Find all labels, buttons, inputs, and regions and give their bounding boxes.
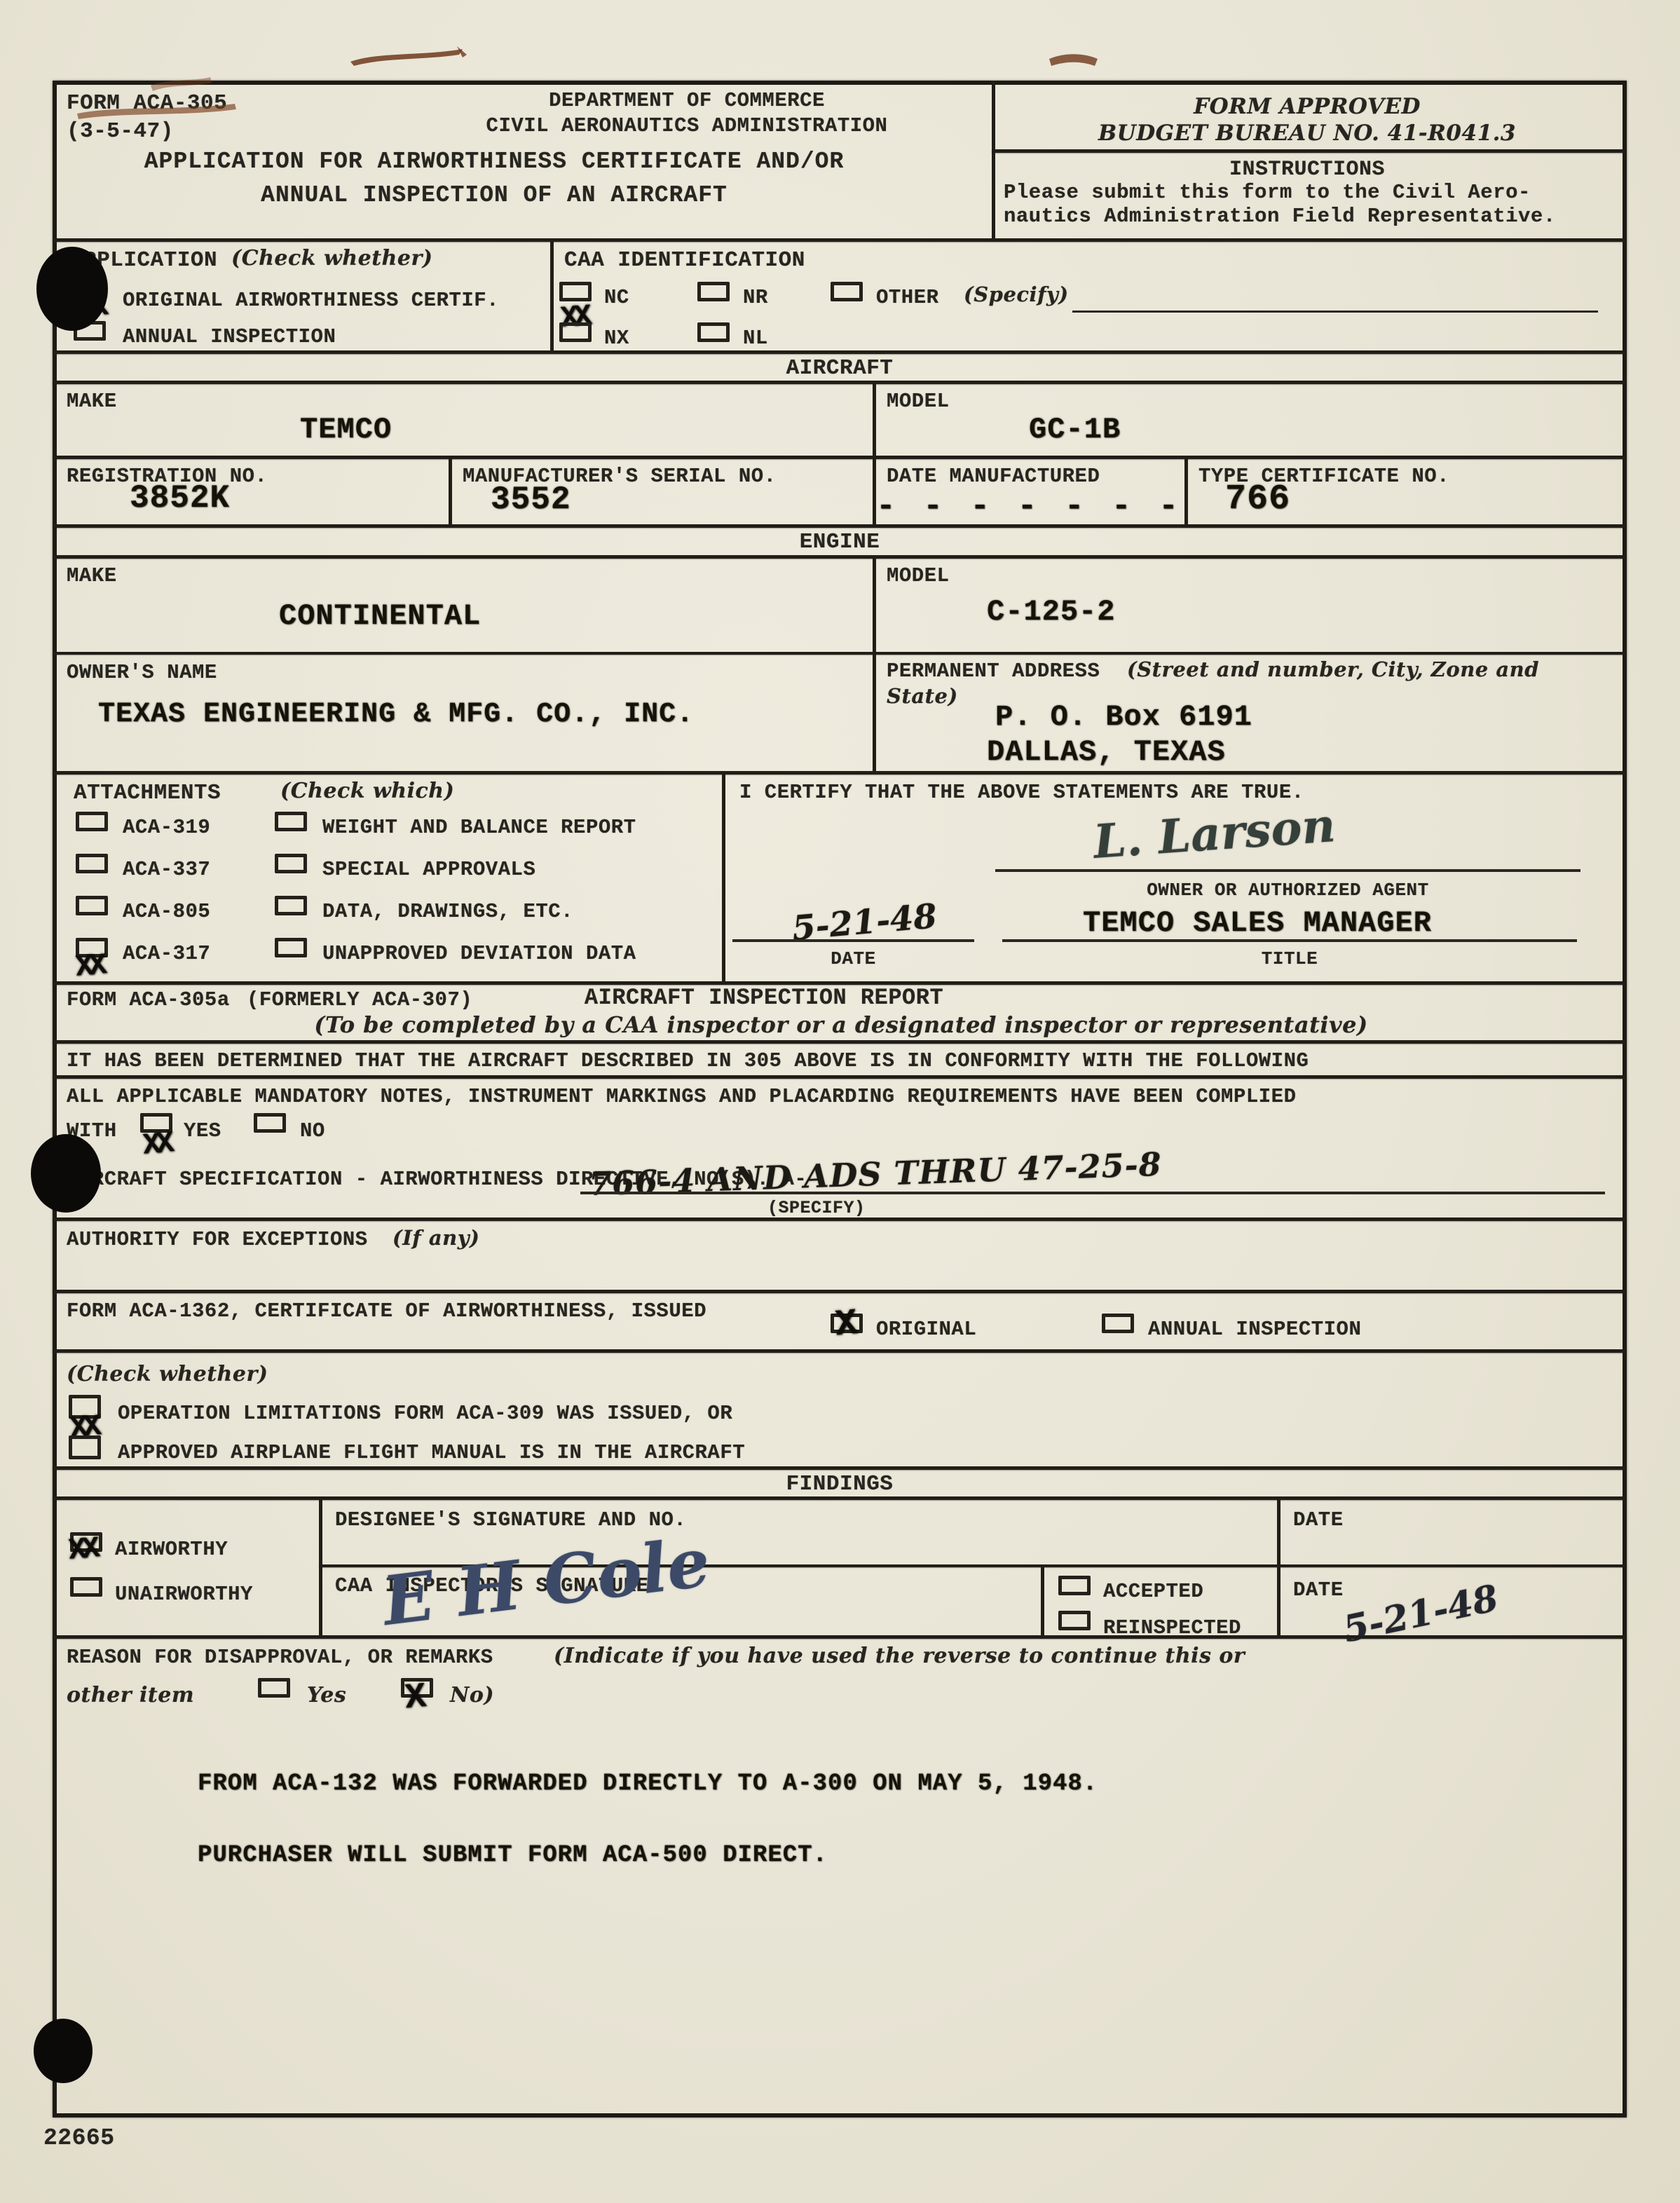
agency-line2: CIVIL AERONAUTICS ADMINISTRATION [421, 114, 953, 137]
divider [53, 555, 1627, 559]
form-approved-line2: BUDGET BUREAU NO. 41-R041.3 [995, 121, 1619, 146]
certify-date-label: DATE [732, 949, 974, 970]
issued-annual-label: ANNUAL INSPECTION [1148, 1318, 1361, 1341]
disapproval-label: REASON FOR DISAPPROVAL, OR REMARKS [67, 1646, 493, 1669]
aca-319-label: ACA-319 [123, 816, 210, 839]
specify-hint: (SPECIFY) [767, 1199, 866, 1219]
owner-name-label: OWNER'S NAME [67, 661, 217, 684]
authority-exceptions-label: AUTHORITY FOR EXCEPTIONS [67, 1228, 368, 1251]
checkbox-nc[interactable] [559, 282, 592, 301]
punch-hole-bottom [34, 2019, 93, 2083]
checkmark-issued-original: X [834, 1306, 859, 1344]
weight-balance-label: WEIGHT AND BALANCE REPORT [322, 816, 636, 839]
check-whether-hint: (Check whether) [67, 1363, 268, 1387]
inspection-form-number: FORM ACA-305a [67, 988, 230, 1011]
punch-hole-middle [31, 1134, 101, 1213]
footer-serial-number: 22665 [43, 2125, 115, 2152]
unairworthy-label: UNAIRWORTHY [115, 1583, 253, 1606]
checkbox-nr[interactable] [697, 282, 730, 301]
checkbox-nx[interactable] [559, 322, 592, 342]
checkmark-complied-yes: XX [142, 1128, 171, 1160]
certify-title-value: TEMCO SALES MANAGER [1083, 908, 1432, 938]
findings-section-title: FINDINGS [53, 1472, 1627, 1497]
instructions-line2: nautics Administration Field Representat… [1004, 205, 1556, 228]
operation-limitations-label: OPERATION LIMITATIONS FORM ACA-309 WAS I… [118, 1402, 732, 1425]
divider [53, 1635, 1627, 1639]
checkmark-reverse-no: X [404, 1680, 428, 1717]
checkbox-complied-no[interactable] [254, 1113, 286, 1133]
agency-line1: DEPARTMENT OF COMMERCE [421, 89, 953, 112]
permanent-address-hint-line2: State) [887, 685, 958, 708]
aircraft-model-label: MODEL [887, 390, 950, 413]
divider [449, 456, 452, 524]
unapproved-deviation-label: UNAPPROVED DEVIATION DATA [322, 942, 636, 965]
checkbox-nl[interactable] [697, 322, 730, 342]
inspection-subtitle: (To be completed by a CAA inspector or a… [203, 1012, 1479, 1038]
permanent-address-hint-line1: (Street and number, City, Zone and [1127, 658, 1539, 681]
checkbox-data-drawings[interactable] [275, 896, 307, 915]
special-approvals-label: SPECIAL APPROVALS [322, 858, 535, 881]
attachments-hint: (Check which) [280, 779, 454, 804]
divider [53, 1218, 1627, 1221]
date-manufactured-label: DATE MANUFACTURED [887, 465, 1100, 488]
divider [53, 381, 1627, 384]
certify-title-label: TITLE [1002, 949, 1577, 970]
remarks-line2: PURCHASER WILL SUBMIT FORM ACA-500 DIREC… [198, 1843, 828, 1867]
reverse-yes-label: Yes [307, 1684, 346, 1708]
instructions-title: INSTRUCTIONS [995, 158, 1619, 182]
address-value-line1: P. O. Box 6191 [995, 702, 1252, 732]
registration-value: 3852K [130, 482, 230, 514]
inspection-title: AIRCRAFT INSPECTION REPORT [519, 985, 1009, 1011]
checkmark-aca-317: XX [74, 950, 104, 982]
divider [53, 1349, 1627, 1353]
type-certificate-value: 766 [1225, 482, 1290, 517]
aircraft-make-value: TEMCO [300, 415, 392, 444]
caa-identification-label: CAA IDENTIFICATION [564, 248, 805, 273]
checkbox-flight-manual[interactable] [69, 1435, 101, 1459]
date-line [732, 939, 974, 942]
inspection-formerly: (FORMERLY ACA-307) [247, 988, 472, 1011]
complied-yes-label: YES [184, 1119, 221, 1143]
issued-original-label: ORIGINAL [876, 1318, 976, 1341]
scanned-form-page: FORM ACA-305 (3-5-47) DEPARTMENT OF COMM… [0, 0, 1680, 2203]
attachments-label: ATTACHMENTS [74, 781, 221, 806]
other-specify-line [1072, 311, 1598, 313]
divider [53, 652, 1627, 655]
instructions-line1: Please submit this form to the Civil Aer… [1004, 181, 1531, 204]
owner-name-value: TEXAS ENGINEERING & MFG. CO., INC. [98, 701, 694, 729]
title-line [1002, 939, 1577, 942]
divider [873, 555, 876, 771]
data-drawings-label: DATA, DRAWINGS, ETC. [322, 900, 573, 923]
annual-inspection-label: ANNUAL INSPECTION [123, 325, 336, 348]
checkbox-issued-annual[interactable] [1102, 1314, 1134, 1333]
spec-fill-line [580, 1192, 1605, 1194]
remarks-line1: FROM ACA-132 WAS FORWARDED DIRECTLY TO A… [198, 1772, 1098, 1796]
signature-line [995, 869, 1580, 872]
nc-label: NC [604, 286, 629, 309]
divider [53, 1496, 1627, 1500]
checkbox-weight-balance[interactable] [275, 812, 307, 831]
checkmark-airworthy: XX [67, 1534, 97, 1565]
divider [1041, 1564, 1044, 1635]
nr-label: NR [743, 286, 768, 309]
aca-1362-label: FORM ACA-1362, CERTIFICATE OF AIRWORTHIN… [67, 1300, 706, 1323]
form-number: FORM ACA-305 [67, 91, 227, 116]
aca-337-label: ACA-337 [123, 858, 210, 881]
other-hint: (Specify) [964, 283, 1069, 306]
determined-statement: IT HAS BEEN DETERMINED THAT THE AIRCRAFT… [67, 1049, 1309, 1072]
date-manufactured-value: - - - - - - - [876, 491, 1182, 523]
divider [550, 238, 554, 350]
engine-model-label: MODEL [887, 564, 950, 587]
divider [53, 350, 1627, 354]
aca-317-label: ACA-317 [123, 942, 210, 965]
mandatory-line1: ALL APPLICABLE MANDATORY NOTES, INSTRUME… [67, 1085, 1296, 1108]
engine-model-value: C-125-2 [987, 597, 1115, 627]
other-label: OTHER [876, 286, 939, 309]
disapproval-hint-line1: (Indicate if you have used the reverse t… [554, 1644, 1245, 1669]
flight-manual-label: APPROVED AIRPLANE FLIGHT MANUAL IS IN TH… [118, 1441, 745, 1464]
airworthy-label: AIRWORTHY [115, 1538, 228, 1561]
engine-make-label: MAKE [67, 564, 117, 587]
checkbox-accepted[interactable] [1058, 1576, 1091, 1595]
nl-label: NL [743, 327, 768, 350]
checkbox-reverse-yes[interactable] [258, 1678, 290, 1698]
reverse-no-label: No) [450, 1684, 494, 1708]
checkbox-aca-337[interactable] [76, 854, 108, 873]
divider [722, 771, 725, 981]
divider [1184, 456, 1188, 524]
form-title-line2: ANNUAL INSPECTION OF AN AIRCRAFT [105, 182, 883, 209]
divider [53, 771, 1627, 775]
checkbox-reinspected[interactable] [1058, 1611, 1091, 1630]
divider [53, 456, 1627, 459]
nx-label: NX [604, 327, 629, 350]
authority-exceptions-hint: (If any) [392, 1227, 479, 1250]
serial-value: 3552 [491, 484, 571, 516]
application-hint: (Check whether) [231, 247, 432, 271]
checkbox-unairworthy[interactable] [70, 1577, 102, 1597]
divider [53, 238, 1627, 242]
aircraft-model-value: GC-1B [1029, 415, 1121, 444]
checkbox-unapproved-deviation[interactable] [275, 938, 307, 957]
divider [53, 1040, 1627, 1044]
aircraft-make-label: MAKE [67, 390, 117, 413]
divider [53, 1290, 1627, 1293]
designee-signature-label: DESIGNEE'S SIGNATURE AND NO. [335, 1508, 686, 1532]
certify-statement: I CERTIFY THAT THE ABOVE STATEMENTS ARE … [739, 781, 1304, 804]
divider [53, 1466, 1627, 1470]
permanent-address-label: PERMANENT ADDRESS [887, 660, 1100, 683]
aca-805-label: ACA-805 [123, 900, 210, 923]
inspection-date-label: DATE [1293, 1578, 1344, 1602]
checkbox-other[interactable] [831, 282, 863, 301]
checkbox-special-approvals[interactable] [275, 854, 307, 873]
designee-date-label: DATE [1293, 1508, 1344, 1532]
form-approved-line1: FORM APPROVED [995, 95, 1619, 120]
accepted-label: ACCEPTED [1103, 1580, 1203, 1603]
complied-no-label: NO [300, 1119, 325, 1143]
divider [53, 524, 1627, 528]
engine-make-value: CONTINENTAL [279, 601, 481, 631]
checkbox-aca-319[interactable] [76, 812, 108, 831]
form-title-line1: APPLICATION FOR AIRWORTHINESS CERTIFICAT… [105, 149, 883, 175]
divider [53, 1075, 1627, 1079]
engine-section-title: ENGINE [53, 530, 1627, 555]
checkbox-aca-805[interactable] [76, 896, 108, 915]
form-revision: (3-5-47) [67, 119, 174, 144]
address-value-line2: DALLAS, TEXAS [987, 737, 1226, 767]
original-airworthiness-label: ORIGINAL AIRWORTHINESS CERTIF. [123, 289, 499, 312]
aircraft-section-title: AIRCRAFT [53, 356, 1627, 381]
divider [992, 149, 1624, 153]
disapproval-hint-line2: other item [67, 1684, 194, 1708]
punch-hole-top [36, 247, 108, 331]
owner-agent-label: OWNER OR AUTHORIZED AGENT [995, 880, 1580, 901]
